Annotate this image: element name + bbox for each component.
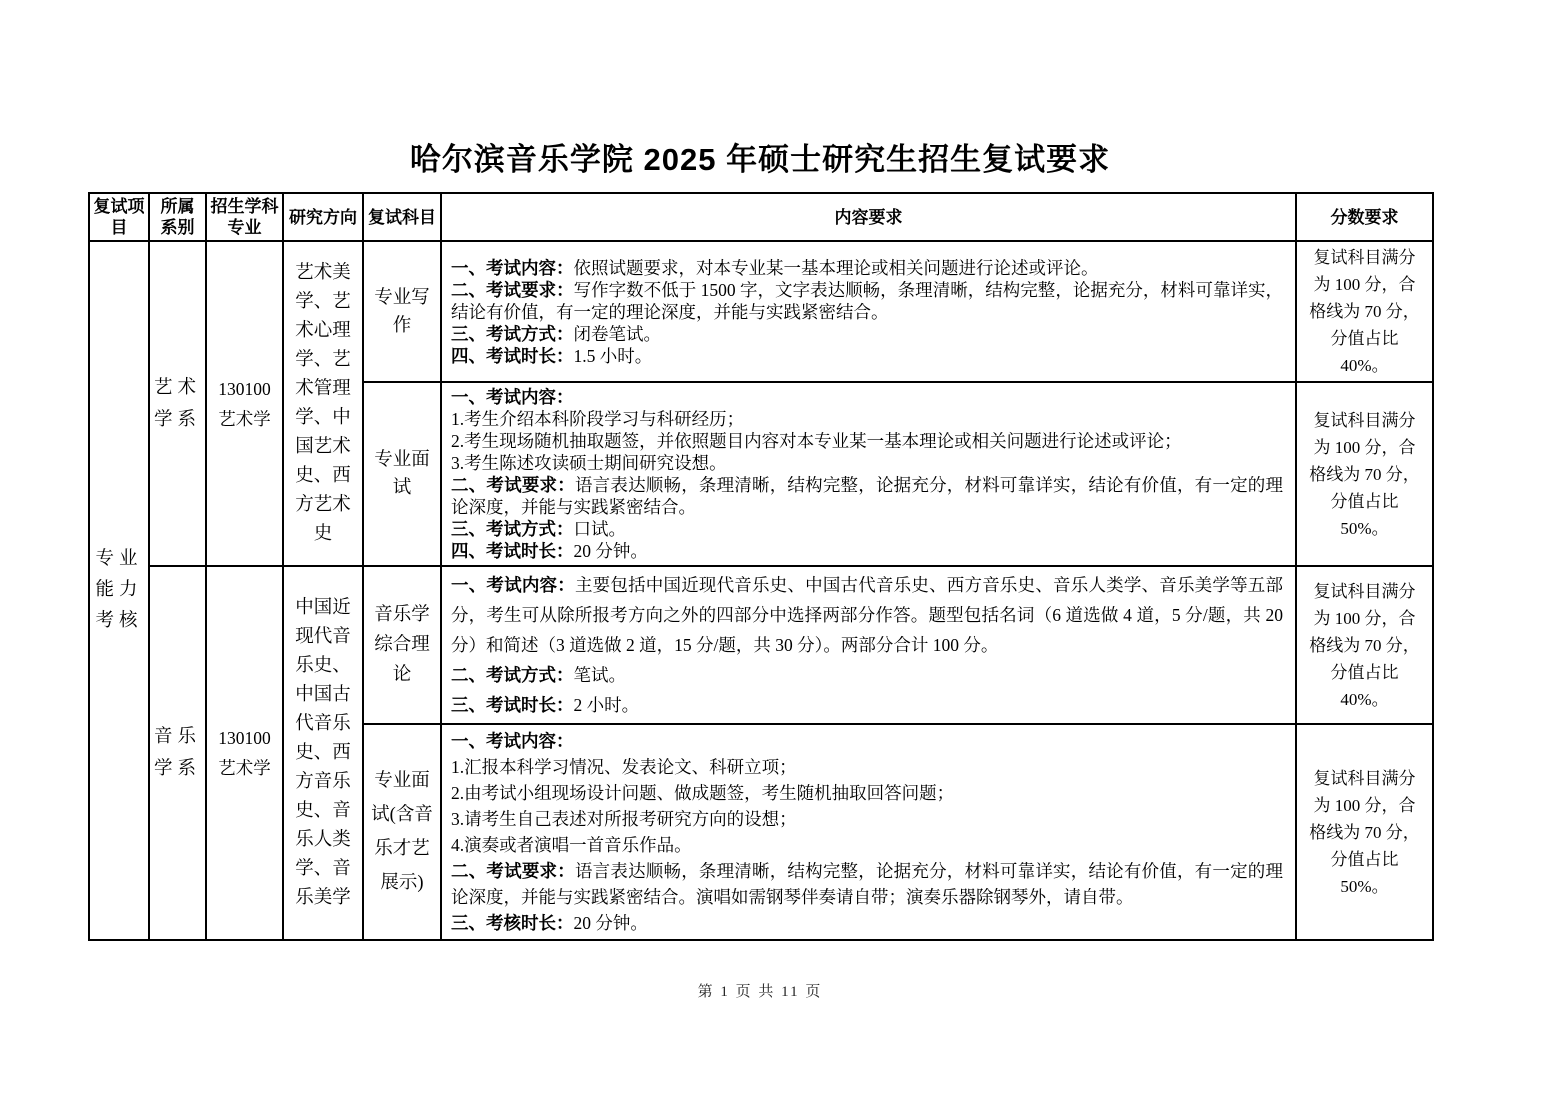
document-page: 哈尔滨音乐学院 2025 年硕士研究生招生复试要求 复试项目 所属系别 招生学科… <box>88 0 1432 1102</box>
content-label: 四、考试时长： <box>451 346 574 366</box>
content-line: 一、考试内容： <box>451 386 1283 408</box>
document-title: 哈尔滨音乐学院 2025 年硕士研究生招生复试要求 <box>88 134 1432 179</box>
content-text: 口试。 <box>574 519 627 539</box>
page-number: 第 1 页 共 11 页 <box>88 980 1432 1001</box>
column-header-department: 所属系别 <box>149 193 206 241</box>
column-header-score: 分数要求 <box>1296 193 1433 241</box>
content-label: 二、考试方式： <box>451 665 574 685</box>
content-line: 3.考生陈述攻读硕士期间研究设想。 <box>451 452 1283 474</box>
content-line: 一、考试内容：依照试题要求，对本专业某一基本理论或相关问题进行论述或评论。 <box>451 257 1283 279</box>
content-line: 2.由考试小组现场设计问题、做成题签，考生随机抽取回答问题； <box>451 780 1283 806</box>
content-label: 二、考试要求： <box>451 861 575 881</box>
cell-project: 专业能力考核 <box>89 241 149 940</box>
content-line: 三、考试时长：2 小时。 <box>451 690 1283 720</box>
requirements-table: 复试项目 所属系别 招生学科专业 研究方向 复试科目 内容要求 分数要求 专业能… <box>88 192 1434 941</box>
cell-subject: 专业面试 <box>363 382 441 566</box>
content-text: 2 小时。 <box>574 695 640 715</box>
cell-score: 复试科目满分为 100 分，合格线为 70 分，分值占比 40%。 <box>1296 566 1433 724</box>
content-text: 闭卷笔试。 <box>574 324 662 344</box>
cell-score: 复试科目满分为 100 分，合格线为 70 分，分值占比 50%。 <box>1296 724 1433 940</box>
cell-direction: 中国近现代音乐史、中国古代音乐史、西方音乐史、音乐人类学、音乐美学 <box>283 566 363 940</box>
content-line: 1.汇报本科学习情况、发表论文、科研立项； <box>451 754 1283 780</box>
cell-department: 音乐学系 <box>149 566 206 940</box>
content-line: 三、考核时长：20 分钟。 <box>451 910 1283 936</box>
content-line: 一、考试内容：主要包括中国近现代音乐史、中国古代音乐史、西方音乐史、音乐人类学、… <box>451 570 1283 660</box>
content-label: 一、考试内容： <box>451 258 574 278</box>
content-text: 20 分钟。 <box>574 541 648 561</box>
content-line: 一、考试内容： <box>451 728 1283 754</box>
content-label: 三、考核时长： <box>451 913 574 933</box>
content-line: 1.考生介绍本科阶段学习与科研经历； <box>451 408 1283 430</box>
content-line: 三、考试方式：闭卷笔试。 <box>451 323 1283 345</box>
cell-content: 一、考试内容： 1.考生介绍本科阶段学习与科研经历； 2.考生现场随机抽取题签，… <box>441 382 1296 566</box>
content-label: 一、考试内容： <box>451 575 575 595</box>
cell-content: 一、考试内容： 1.汇报本科学习情况、发表论文、科研立项； 2.由考试小组现场设… <box>441 724 1296 940</box>
content-line: 三、考试方式：口试。 <box>451 518 1283 540</box>
content-label: 三、考试时长： <box>451 695 574 715</box>
content-line: 二、考试要求：语言表达顺畅，条理清晰，结构完整，论据充分，材料可靠详实，结论有价… <box>451 858 1283 910</box>
header-row: 复试项目 所属系别 招生学科专业 研究方向 复试科目 内容要求 分数要求 <box>89 193 1433 241</box>
content-text: 依照试题要求，对本专业某一基本理论或相关问题进行论述或评论。 <box>574 258 1099 278</box>
content-label: 三、考试方式： <box>451 324 574 344</box>
column-header-content: 内容要求 <box>441 193 1296 241</box>
content-text: 2.由考试小组现场设计问题、做成题签，考生随机抽取回答问题； <box>451 783 954 803</box>
table-row: 音乐学系 130100艺术学 中国近现代音乐史、中国古代音乐史、西方音乐史、音乐… <box>89 566 1433 724</box>
content-text: 2.考生现场随机抽取题签，并依照题目内容对本专业某一基本理论或相关问题进行论述或… <box>451 431 1182 451</box>
content-label: 二、考试要求： <box>451 475 575 495</box>
content-text: 1.5 小时。 <box>574 346 653 366</box>
cell-subject: 专业写作 <box>363 241 441 382</box>
column-header-major: 招生学科专业 <box>206 193 283 241</box>
content-label: 一、考试内容： <box>451 387 574 407</box>
content-label: 三、考试方式： <box>451 519 574 539</box>
content-text: 3.考生陈述攻读硕士期间研究设想。 <box>451 453 727 473</box>
cell-score: 复试科目满分为 100 分，合格线为 70 分，分值占比 40%。 <box>1296 241 1433 382</box>
cell-score: 复试科目满分为 100 分，合格线为 70 分，分值占比 50%。 <box>1296 382 1433 566</box>
column-header-direction: 研究方向 <box>283 193 363 241</box>
content-line: 2.考生现场随机抽取题签，并依照题目内容对本专业某一基本理论或相关问题进行论述或… <box>451 430 1283 452</box>
content-text: 笔试。 <box>574 665 627 685</box>
content-line: 二、考试要求：语言表达顺畅，条理清晰，结构完整，论据充分，材料可靠详实，结论有价… <box>451 474 1283 518</box>
column-header-subject: 复试科目 <box>363 193 441 241</box>
content-label: 四、考试时长： <box>451 541 574 561</box>
content-text: 语言表达顺畅，条理清晰，结构完整，论据充分，材料可靠详实，结论有价值，有一定的理… <box>451 861 1283 907</box>
content-line: 二、考试要求：写作字数不低于 1500 字，文字表达顺畅，条理清晰，结构完整，论… <box>451 279 1283 323</box>
content-line: 四、考试时长：20 分钟。 <box>451 540 1283 562</box>
content-text: 主要包括中国近现代音乐史、中国古代音乐史、西方音乐史、音乐人类学、音乐美学等五部… <box>451 575 1283 655</box>
content-line: 四、考试时长：1.5 小时。 <box>451 345 1283 367</box>
content-label: 二、考试要求： <box>451 280 574 300</box>
cell-major: 130100艺术学 <box>206 566 283 940</box>
content-text: 3.请考生自己表述对所报考研究方向的设想； <box>451 809 797 829</box>
content-text: 1.汇报本科学习情况、发表论文、科研立项； <box>451 757 797 777</box>
cell-content: 一、考试内容：主要包括中国近现代音乐史、中国古代音乐史、西方音乐史、音乐人类学、… <box>441 566 1296 724</box>
cell-department: 艺术学系 <box>149 241 206 566</box>
content-text: 20 分钟。 <box>574 913 648 933</box>
table-row: 专业能力考核 艺术学系 130100艺术学 艺术美学、艺术心理学、艺术管理学、中… <box>89 241 1433 382</box>
content-line: 二、考试方式：笔试。 <box>451 660 1283 690</box>
cell-subject: 音乐学综合理论 <box>363 566 441 724</box>
cell-subject: 专业面试(含音乐才艺展示) <box>363 724 441 940</box>
content-text: 4.演奏或者演唱一首音乐作品。 <box>451 835 692 855</box>
content-line: 3.请考生自己表述对所报考研究方向的设想； <box>451 806 1283 832</box>
content-text: 写作字数不低于 1500 字，文字表达顺畅，条理清晰，结构完整，论据充分，材料可… <box>451 280 1283 322</box>
content-line: 4.演奏或者演唱一首音乐作品。 <box>451 832 1283 858</box>
cell-major: 130100艺术学 <box>206 241 283 566</box>
content-text: 1.考生介绍本科阶段学习与科研经历； <box>451 409 744 429</box>
cell-direction: 艺术美学、艺术心理学、艺术管理学、中国艺术史、西方艺术史 <box>283 241 363 566</box>
cell-content: 一、考试内容：依照试题要求，对本专业某一基本理论或相关问题进行论述或评论。 二、… <box>441 241 1296 382</box>
content-label: 一、考试内容： <box>451 731 574 751</box>
content-text: 语言表达顺畅，条理清晰，结构完整，论据充分，材料可靠详实，结论有价值，有一定的理… <box>451 475 1283 517</box>
column-header-project: 复试项目 <box>89 193 149 241</box>
